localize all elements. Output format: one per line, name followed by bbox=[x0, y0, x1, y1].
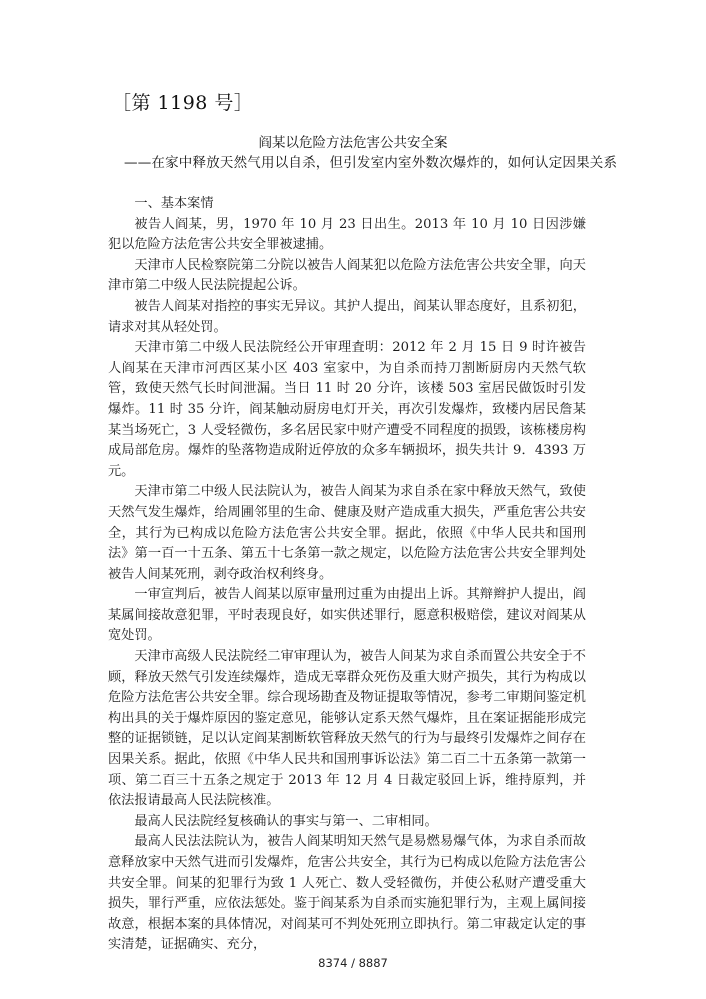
case-subtitle: ——在家中释放天然气用以自杀，但引发室内室外数次爆炸的，如何认定因果关系 bbox=[124, 151, 617, 171]
case-number: ［第 1198 号］ bbox=[112, 88, 253, 115]
paragraph: 天津市第二中级人民法院经公开审理査明：2012 年 2 月 15 日 9 时许被… bbox=[108, 338, 586, 482]
paragraph: 被告人阎某，男，1970 年 10 月 23 日出生。2013 年 10 月 1… bbox=[108, 215, 586, 256]
document-body: 一、基本案情 被告人阎某，男，1970 年 10 月 23 日出生。2013 年… bbox=[108, 194, 586, 956]
document-page: ［第 1198 号］ 阎某以危险方法危害公共安全案 ——在家中释放天然气用以自杀… bbox=[0, 0, 706, 999]
page-indicator: 8374 / 8887 bbox=[0, 956, 706, 970]
paragraph: 天津市高级人民法院经二审审理认为，被告人间某为求自杀而置公共安全于不顾，释放天然… bbox=[108, 647, 586, 812]
paragraph: 一审宣判后，被告人阎某以原审量刑过重为由提出上诉。其辩辫护人提出，阎某属间接故意… bbox=[108, 585, 586, 647]
paragraph: 最高人民法法院认为，被告人阎某明知天然气是易燃易爆气体，为求自杀而故意释放家中天… bbox=[108, 832, 586, 956]
section-heading-basic-facts: 一、基本案情 bbox=[108, 194, 586, 215]
paragraph: 被告人阎某对指控的事实无异议。其护人提出，阎某认罪态度好，且系初犯，请求对其从轻… bbox=[108, 297, 586, 338]
paragraph: 最高人民法院经复核确认的事实与第一、二审相同。 bbox=[108, 812, 586, 833]
paragraph: 天津市第二中级人民法院认为，被告人阎某为求自杀在家中释放天然气，致使天然气发生爆… bbox=[108, 482, 586, 585]
case-title: 阎某以危险方法危害公共安全案 bbox=[0, 131, 706, 151]
paragraph: 天津市人民检察院第二分院以被告人阎某犯以危险方法危害公共安全罪，向天津市第二中级… bbox=[108, 256, 586, 297]
